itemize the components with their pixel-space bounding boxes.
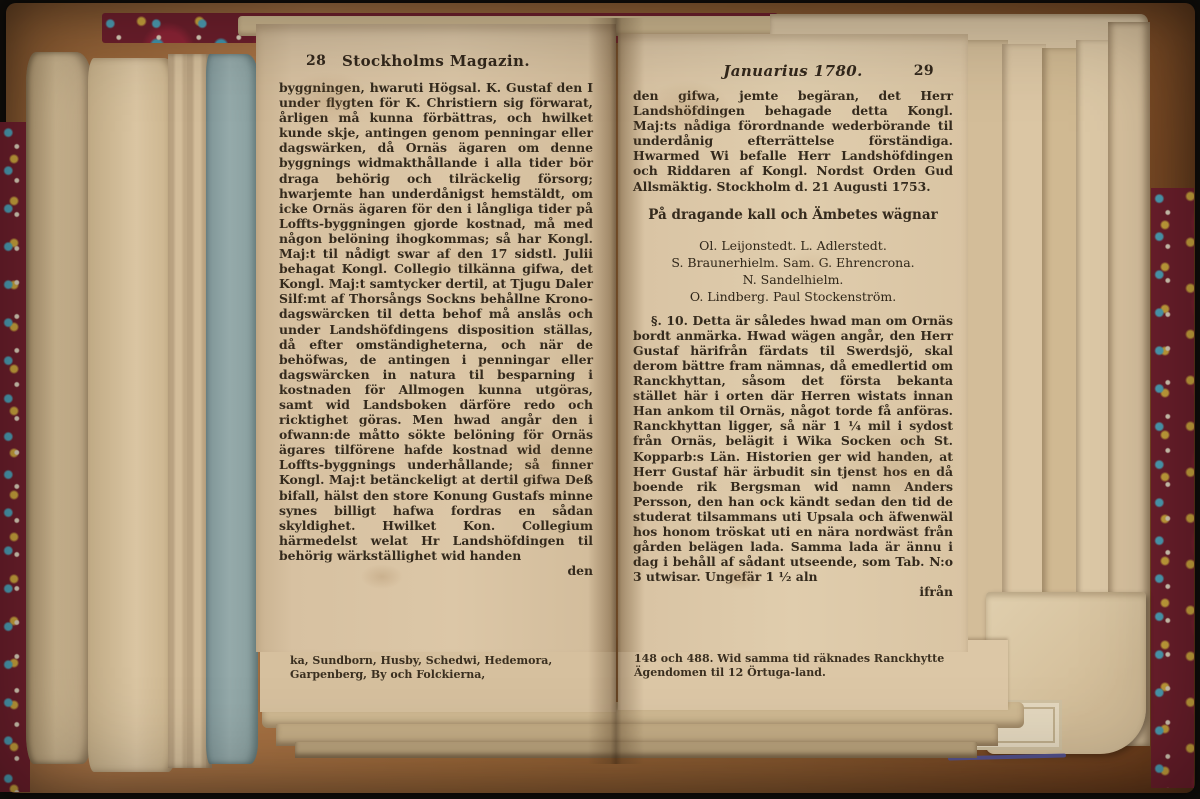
right-page: Januarius 1780. 29 den gifwa, jemte begä… [618, 34, 968, 652]
book-photo: ka, Sundborn, Husby, Schedwi, Hedemora, … [0, 0, 1200, 799]
right-page-number: 29 [914, 63, 934, 79]
left-page: 28 Stockholms Magazin. byggningen, hwaru… [256, 24, 616, 652]
left-page-header: 28 Stockholms Magazin. [256, 52, 616, 70]
blue-paper-insert [206, 54, 258, 764]
marbled-paper-right-edge [1151, 188, 1194, 788]
signature-line: N. Sandelhielm. [618, 271, 968, 288]
signature-line: O. Lindberg. Paul Stockenström. [618, 288, 968, 305]
left-body-text: byggningen, hwaruti Högsal. K. Gustaf de… [279, 80, 593, 563]
right-catchword: ifrån [633, 584, 953, 599]
left-page-number: 28 [306, 53, 326, 69]
right-subheading: På dragande kall och Ämbetes wägnar [618, 207, 968, 223]
left-catchword: den [279, 563, 593, 578]
page-edge-stack-left-inner [88, 58, 176, 772]
left-footnote-leaf: ka, Sundborn, Husby, Schedwi, Hedemora, … [260, 642, 616, 712]
right-running-title: Januarius 1780. [723, 62, 863, 80]
signature-line: Ol. Leijonstedt. L. Adlerstedt. [618, 237, 968, 254]
right-page-header: Januarius 1780. 29 [618, 62, 968, 80]
right-paragraph-2: §. 10. Detta är således hwad man om Ornä… [633, 313, 953, 585]
signature-block: Ol. Leijonstedt. L. Adlerstedt. S. Braun… [618, 237, 968, 305]
right-paragraph-1: den gifwa, jemte begäran, det Herr Lands… [633, 88, 953, 194]
left-running-title: Stockholms Magazin. [342, 52, 530, 70]
signature-line: S. Braunerhielm. Sam. G. Ehrencrona. [618, 254, 968, 271]
page-edge-stack-bottom-3 [295, 742, 977, 758]
page-edge-stack-left-outer [26, 52, 92, 764]
